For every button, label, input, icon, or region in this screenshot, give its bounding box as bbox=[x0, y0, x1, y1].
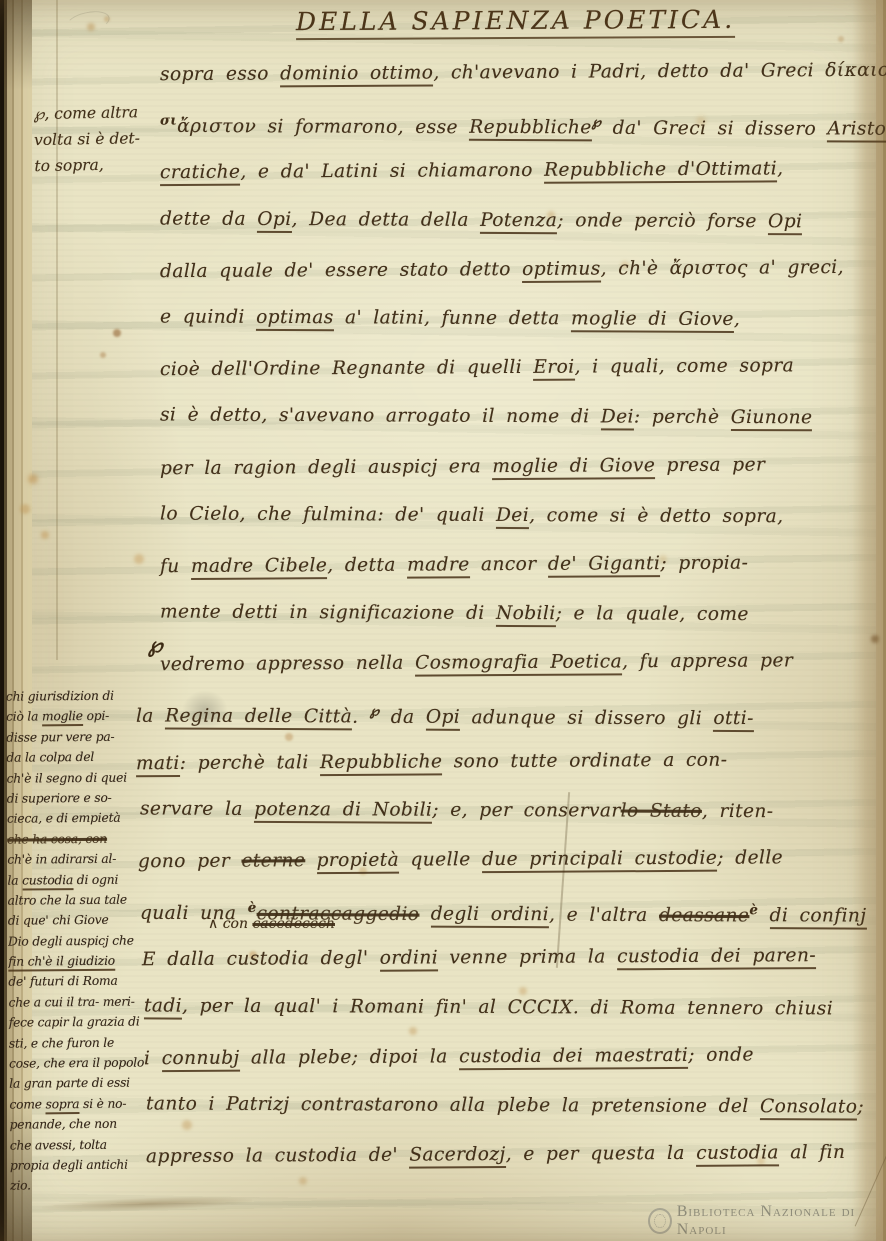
manuscript-line: tanto i Patrizj contrastarono alla plebe… bbox=[146, 1081, 866, 1133]
manuscript-line: di que' chi Giove bbox=[8, 910, 158, 932]
text-segment: , bbox=[734, 309, 740, 330]
underlined-text: potenza di Nobili bbox=[254, 799, 432, 824]
underlined-text: Repubbliche bbox=[469, 117, 591, 142]
struck-out-text: che ha cosa, con bbox=[7, 832, 107, 847]
manuscript-line: fu madre Cibele, detta madre ancor de' G… bbox=[160, 540, 866, 593]
text-segment: si è detto, s'avevano arrogato il nome d… bbox=[160, 405, 601, 428]
text-segment: , riten- bbox=[702, 801, 774, 822]
text-segment: : perchè tali bbox=[180, 752, 320, 774]
insertion-mark: è bbox=[248, 900, 257, 916]
underlined-text: Consolato bbox=[760, 1096, 858, 1120]
text-segment: vedremo appresso nella bbox=[160, 653, 415, 676]
manuscript-page: DELLA SAPIENZA POETICA. ℘, come altravol… bbox=[0, 0, 886, 1241]
underlined-text: Aristo- bbox=[827, 119, 886, 143]
underlined-text: Cosmografia Poetica bbox=[415, 652, 622, 677]
text-segment: ciò la bbox=[6, 710, 42, 724]
text-segment: al fin bbox=[779, 1142, 846, 1163]
text-segment: cioè dell'Ordine Regnante di quelli bbox=[160, 357, 533, 380]
text-segment: ; propia- bbox=[660, 552, 748, 574]
text-segment: penande, che non bbox=[10, 1117, 117, 1132]
text-segment: , e da' Latini si chiamarono bbox=[240, 160, 544, 183]
manuscript-line: disse pur vere pa- bbox=[6, 726, 156, 748]
text-segment: opi- bbox=[83, 709, 109, 723]
bottom-stain bbox=[42, 1194, 252, 1213]
manuscript-line: dalla quale de' essere stato detto optim… bbox=[160, 245, 866, 298]
text-segment: altro che la sua tale bbox=[8, 893, 127, 908]
manuscript-line: sopra esso dominio ottimo, ch'avevano i … bbox=[160, 48, 866, 101]
text-segment: da' Greci si dissero bbox=[601, 118, 827, 140]
manuscript-line: propia degli antichi bbox=[10, 1154, 160, 1176]
manuscript-line: dette da Opi, Dea detta della Potenza; o… bbox=[160, 196, 866, 248]
text-segment: a' latini, funne detta bbox=[334, 307, 571, 329]
text-segment bbox=[758, 906, 769, 927]
text-segment: de' futuri di Roma bbox=[8, 974, 117, 989]
text-segment: , Dea detta della bbox=[292, 209, 481, 231]
text-segment: ; delle bbox=[717, 847, 783, 868]
text-segment: quelle bbox=[399, 849, 482, 871]
text-segment: presa per bbox=[655, 454, 765, 476]
library-name: Biblioteca Nazionale di Napoli bbox=[677, 1203, 886, 1239]
underlined-text: dominio ottimo bbox=[280, 62, 433, 87]
manuscript-line: i connubj alla plebe; dipoi la custodia … bbox=[144, 1032, 866, 1086]
insertion-mark: è bbox=[749, 902, 758, 918]
text-segment bbox=[305, 850, 316, 871]
underlined-text: custodia dei paren- bbox=[617, 945, 816, 970]
text-segment: sono tutte ordinate a con- bbox=[442, 749, 727, 772]
manuscript-line: penande, che non bbox=[10, 1114, 160, 1136]
text-segment: , i quali, come sopra bbox=[575, 355, 795, 377]
manuscript-line: tadi, per la qual' i Romani fin' al CCCI… bbox=[144, 983, 866, 1035]
text-segment: , come si è detto sopra, bbox=[529, 505, 783, 527]
underlined-text: Sacerdozj bbox=[409, 1144, 506, 1169]
underlined-text: connubj bbox=[162, 1047, 240, 1071]
margin-note-top: ℘, come altravolta si è det-to sopra, bbox=[33, 99, 158, 179]
struck-out-text: lo Stato bbox=[621, 800, 702, 821]
manuscript-line: σιἄριστον si formarono, esse Repubbliche… bbox=[160, 98, 866, 150]
text-segment: : perchè bbox=[634, 407, 731, 428]
text-segment: . bbox=[352, 707, 370, 728]
underlined-text: moglie di Giove bbox=[571, 308, 734, 333]
text-segment: zio. bbox=[10, 1179, 31, 1193]
underlined-text: optimas bbox=[256, 307, 334, 331]
manuscript-line: de' futuri di Roma bbox=[8, 971, 158, 993]
page-crease bbox=[56, 0, 58, 660]
struck-out-text: eterne bbox=[241, 850, 305, 871]
text-segment: servare la bbox=[140, 798, 254, 819]
text-segment: dette da bbox=[160, 208, 257, 229]
underlined-text: Opi bbox=[257, 208, 291, 232]
margin-note-left: chi giurisdizion diciò la moglie opi-dis… bbox=[6, 685, 160, 1196]
manuscript-line: da la colpa del bbox=[6, 747, 156, 769]
manuscript-line: vedremo appresso nella Cosmografia Poeti… bbox=[160, 638, 866, 691]
text-segment: ; bbox=[857, 1096, 864, 1117]
underlined-text: Dei bbox=[601, 407, 634, 431]
text-segment: alla plebe; dipoi la bbox=[240, 1046, 459, 1068]
manuscript-line: ciò la moglie opi- bbox=[6, 706, 156, 728]
text-segment: tanto i Patrizj contrastarono alla plebe… bbox=[146, 1093, 760, 1117]
manuscript-line: servare la potenza di Nobili; e, per con… bbox=[140, 786, 866, 838]
text-segment: ℘, come altra bbox=[33, 103, 138, 123]
text-segment: ; e, per conservar bbox=[432, 800, 620, 822]
manuscript-line: mente detti in significazione di Nobili;… bbox=[160, 590, 866, 642]
underlined-text: ordini bbox=[380, 948, 438, 972]
text-segment bbox=[419, 904, 430, 925]
manuscript-line: che ha cosa, con bbox=[7, 828, 157, 850]
underlined-text: fin ch'è il giudizio bbox=[8, 954, 115, 972]
manuscript-line: come sopra si è no- bbox=[9, 1093, 159, 1115]
underlined-text: madre bbox=[407, 554, 470, 578]
manuscript-line: che a cui il tra- meri- bbox=[8, 991, 158, 1013]
text-segment: ; onde perciò forse bbox=[557, 210, 768, 232]
text-segment: ; e la quale, come bbox=[556, 603, 749, 625]
underlined-text: di confinj bbox=[770, 906, 867, 930]
text-segment: Dio degli auspicj che bbox=[8, 933, 134, 948]
text-segment: di ogni bbox=[73, 872, 118, 886]
underlined-text: madre Cibele bbox=[191, 555, 327, 580]
text-segment: appresso la custodia de' bbox=[146, 1145, 409, 1168]
text-segment: lo Cielo, che fulmina: de' quali bbox=[160, 503, 496, 525]
insertion-anchor-mark: ℘ bbox=[148, 632, 163, 657]
text-segment: di que' chi Giove bbox=[8, 913, 109, 928]
underlined-text: moglie di Giove bbox=[492, 455, 655, 480]
underlined-text: propietà bbox=[316, 850, 399, 875]
text-segment: cose, che era il popolo bbox=[9, 1056, 144, 1071]
manuscript-line: cose, che era il popolo bbox=[9, 1052, 159, 1074]
text-segment: to sopra, bbox=[34, 156, 104, 175]
manuscript-line: la custodia di ogni bbox=[7, 869, 157, 891]
underlined-text: custodia dei maestrati bbox=[459, 1045, 688, 1070]
manuscript-line: cieca, e di empietà bbox=[7, 808, 157, 830]
text-segment: la gran parte di essi bbox=[9, 1076, 130, 1091]
struck-out-text: deassane bbox=[659, 905, 749, 926]
manuscript-line: ch'è in adirarsi al- bbox=[7, 848, 157, 870]
text-segment: ancor bbox=[470, 554, 548, 575]
text-segment: di superiore e so- bbox=[7, 791, 112, 806]
text-segment: propia degli antichi bbox=[10, 1158, 128, 1173]
text-segment: e quindi bbox=[160, 306, 256, 327]
text-segment: , bbox=[777, 159, 783, 180]
text-segment: che avessi, tolta bbox=[10, 1137, 107, 1152]
underlined-text: Opi bbox=[426, 707, 460, 731]
library-watermark: Biblioteca Nazionale di Napoli bbox=[648, 1203, 886, 1239]
underlined-text: cratiche bbox=[160, 162, 241, 186]
text-segment: da bbox=[379, 707, 426, 728]
text-segment: che a cui il tra- meri- bbox=[8, 994, 134, 1009]
text-segment: si è no- bbox=[79, 1096, 126, 1110]
text-segment: , fu appresa per bbox=[622, 651, 793, 673]
text-segment: , detta bbox=[327, 555, 407, 576]
underlined-text: custodia bbox=[22, 873, 73, 890]
text-segment: mente detti in significazione di bbox=[160, 602, 496, 624]
manuscript-line: to sopra, bbox=[34, 151, 158, 179]
text-segment: , e l'altra bbox=[549, 905, 659, 926]
text-segment: come bbox=[9, 1097, 45, 1111]
manuscript-line: E dalla custodia degl' ordini venne prim… bbox=[142, 933, 866, 987]
text-segment: fu bbox=[160, 556, 191, 577]
text-segment: ch'è in adirarsi al- bbox=[7, 852, 116, 867]
manuscript-line: per la ragion degli auspicj era moglie d… bbox=[160, 441, 866, 494]
text-segment: chi giurisdizion di bbox=[6, 689, 114, 704]
underlined-text: custodia bbox=[696, 1142, 779, 1167]
page-title: DELLA SAPIENZA POETICA. bbox=[296, 5, 735, 40]
text-segment: venne prima la bbox=[438, 947, 617, 969]
underlined-text: Eroi bbox=[533, 357, 574, 381]
manuscript-line: altro che la sua tale bbox=[8, 889, 158, 911]
text-segment: cieca, e di empietà bbox=[7, 811, 121, 826]
text-segment: da la colpa del bbox=[6, 750, 94, 765]
manuscript-line: ℘, come altra bbox=[33, 99, 157, 127]
text-segment: sti, e che furon le bbox=[9, 1035, 114, 1050]
underlined-text: Dei bbox=[496, 505, 529, 529]
underlined-text: Potenza bbox=[480, 209, 557, 233]
text-segment: sopra esso bbox=[160, 63, 280, 85]
text-segment: volta si è det- bbox=[34, 129, 140, 149]
underlined-text: moglie bbox=[42, 709, 83, 726]
manuscript-line: chi giurisdizion di bbox=[6, 685, 156, 707]
manuscript-line: di superiore e so- bbox=[7, 787, 157, 809]
underlined-text: Regina delle Città bbox=[165, 706, 352, 731]
text-segment: fece capir la grazia di bbox=[9, 1015, 140, 1030]
text-segment: ∧ con bbox=[208, 916, 252, 932]
text-segment: ch'è il segno di quei bbox=[7, 770, 127, 785]
manuscript-line: zio. bbox=[10, 1175, 160, 1197]
text-segment: adunque si dissero gli bbox=[460, 708, 713, 730]
underlined-text: Nobili bbox=[496, 603, 556, 627]
text-segment: la bbox=[7, 873, 22, 887]
text-segment: , per la qual' i Romani fin' al CCCIX. d… bbox=[182, 995, 833, 1019]
underlined-text: otti- bbox=[713, 709, 753, 733]
underlined-text: due principali custodie bbox=[482, 848, 717, 873]
manuscript-line: gono per eterne propietà quelle due prin… bbox=[138, 835, 866, 889]
pencil-mark bbox=[64, 8, 111, 37]
struck-out-text: cacedecech bbox=[252, 916, 335, 932]
manuscript-line: cratiche, e da' Latini si chiamarono Rep… bbox=[160, 146, 866, 199]
manuscript-line: sti, e che furon le bbox=[9, 1032, 159, 1054]
manuscript-line: ∧ con cacedecech bbox=[208, 916, 335, 932]
underlined-text: Giunone bbox=[731, 407, 813, 431]
library-seal-icon bbox=[648, 1208, 672, 1234]
text-segment: , ch'è ἄριστος a' greci, bbox=[601, 257, 844, 279]
manuscript-line: lo Cielo, che fulmina: de' quali Dei, co… bbox=[160, 491, 866, 543]
underlined-text: Repubbliche bbox=[320, 751, 443, 776]
text-segment: disse pur vere pa- bbox=[6, 729, 114, 744]
text-segment: , ch'avevano i Padri, detto da' Greci δί… bbox=[433, 60, 886, 84]
underlined-text: de' Giganti bbox=[548, 553, 661, 578]
manuscript-line: volta si è det- bbox=[34, 125, 158, 153]
text-segment: E dalla custodia degl' bbox=[142, 948, 380, 970]
manuscript-line: si è detto, s'avevano arrogato il nome d… bbox=[160, 393, 866, 445]
underlined-text: Repubbliche d'Ottimati bbox=[544, 159, 777, 184]
manuscript-line: Dio degli auspicj che bbox=[8, 930, 158, 952]
manuscript-line: la gran parte di essi bbox=[9, 1073, 159, 1095]
manuscript-line: appresso la custodia de' Sacerdozj, e pe… bbox=[146, 1130, 866, 1184]
manuscript-line: cioè dell'Ordine Regnante di quelli Eroi… bbox=[160, 343, 866, 396]
insertion-mark: ℘ bbox=[592, 115, 602, 131]
manuscript-line: la Regina delle Città. ℘ da Opi adunque … bbox=[136, 688, 866, 740]
manuscript-line: fin ch'è il giudizio bbox=[8, 950, 158, 972]
text-segment: ἄριστον si formarono, esse bbox=[177, 116, 469, 138]
underlined-text: sopra bbox=[46, 1097, 80, 1114]
manuscript-line: ch'è il segno di quei bbox=[6, 767, 156, 789]
underlined-text: degli ordini bbox=[431, 904, 549, 929]
text-segment: per la ragion degli auspicj era bbox=[160, 456, 493, 479]
text-segment: ; onde bbox=[688, 1044, 754, 1065]
manuscript-line: fece capir la grazia di bbox=[9, 1012, 159, 1034]
insertion-mark: σι bbox=[160, 113, 177, 129]
text-segment: , e per questa la bbox=[506, 1143, 697, 1165]
underlined-text: Opi bbox=[768, 211, 802, 235]
text-segment: dalla quale de' essere stato detto bbox=[160, 259, 522, 282]
manuscript-line: che avessi, tolta bbox=[10, 1134, 160, 1156]
body-text: sopra esso dominio ottimo, ch'avevano i … bbox=[160, 50, 866, 1181]
manuscript-line: mati: perchè tali Repubbliche sono tutte… bbox=[136, 736, 866, 790]
underlined-text: optimus bbox=[522, 258, 601, 282]
interline-correction: ∧ con cacedecech bbox=[208, 916, 335, 932]
manuscript-line: e quindi optimas a' latini, funne detta … bbox=[160, 294, 866, 346]
